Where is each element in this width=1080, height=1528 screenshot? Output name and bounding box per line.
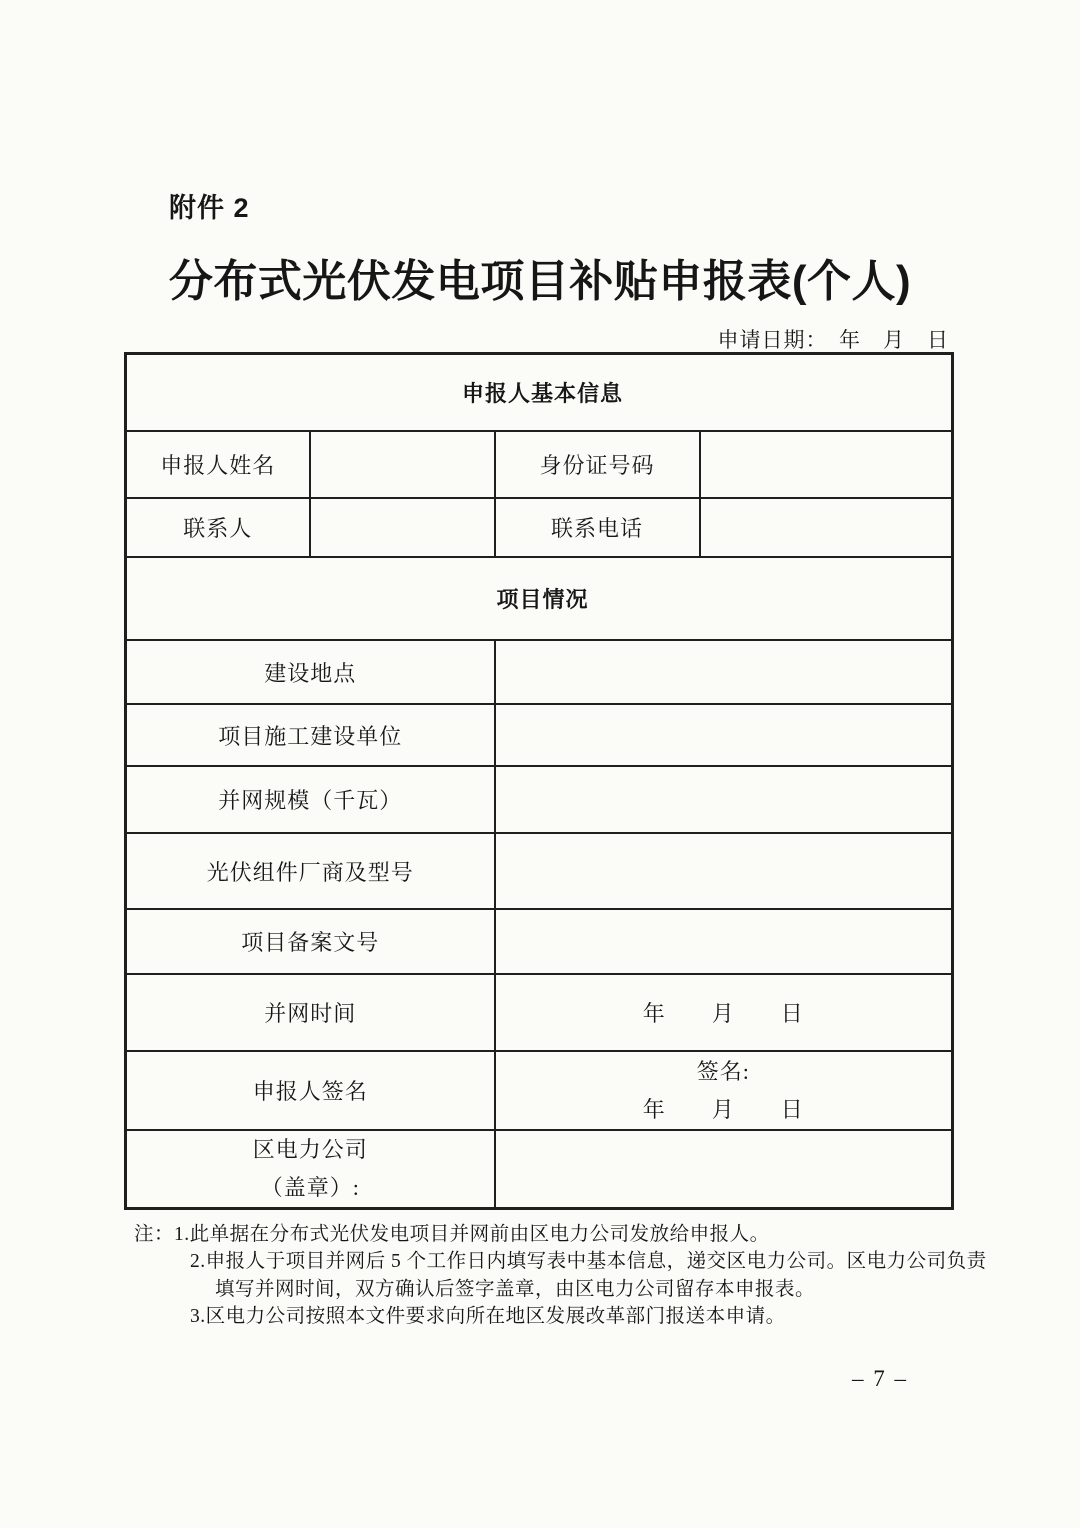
label-id-number: 身份证号码 <box>495 431 700 498</box>
application-date-line: 申请日期： 年 月 日 <box>718 324 950 354</box>
note-1-text: 1.此单据在分布式光伏发电项目并网前由区电力公司发放给申报人。 <box>174 1224 770 1245</box>
table-row: 并网时间 年 月 日 <box>126 974 953 1051</box>
section-header-applicant-info: 申报人基本信息 <box>126 354 953 432</box>
label-construction-unit: 项目施工建设单位 <box>126 704 495 766</box>
label-applicant-signature: 申报人签名 <box>126 1051 495 1130</box>
label-grid-connection-date: 并网时间 <box>126 974 495 1051</box>
field-contact-person <box>310 498 495 557</box>
table-row: 项目备案文号 <box>126 909 953 974</box>
company-label-line2: （盖章）: <box>127 1169 494 1207</box>
label-project-filing-number: 项目备案文号 <box>126 909 495 974</box>
field-construction-site <box>495 640 953 704</box>
table-row: 项目情况 <box>126 557 953 640</box>
note-item-1: 注：1.此单据在分布式光伏发电项目并网前由区电力公司发放给申报人。 <box>134 1221 974 1248</box>
table-row: 并网规模（千瓦） <box>126 766 953 833</box>
table-row: 项目施工建设单位 <box>126 704 953 766</box>
field-grid-capacity-kw <box>495 766 953 833</box>
application-form-table: 申报人基本信息 申报人姓名 身份证号码 联系人 联系电话 项目情况 建设地点 <box>124 352 954 1210</box>
label-district-power-company-seal: 区电力公司 （盖章）: <box>126 1130 495 1209</box>
attachment-label: 附件 2 <box>169 186 250 225</box>
page-title: 分布式光伏发电项目补贴申报表(个人) <box>0 245 1080 309</box>
document-page: 附件 2 分布式光伏发电项目补贴申报表(个人) 申请日期： 年 月 日 申报人基… <box>0 0 1080 1528</box>
table-row: 申报人基本信息 <box>126 354 953 432</box>
label-applicant-name: 申报人姓名 <box>126 431 310 498</box>
table-row: 联系人 联系电话 <box>126 498 953 557</box>
footnotes: 注：1.此单据在分布式光伏发电项目并网前由区电力公司发放给申报人。 2.申报人于… <box>134 1221 974 1331</box>
section-header-project-info: 项目情况 <box>126 557 953 640</box>
table-row: 申报人姓名 身份证号码 <box>126 431 953 498</box>
note-item-3: 3.区电力公司按照本文件要求向所在地区发展改革部门报送本申请。 <box>190 1303 997 1330</box>
notes-prefix: 注： <box>134 1224 174 1245</box>
table-row: 申报人签名 签名: 年 月 日 <box>126 1051 953 1130</box>
label-contact-phone: 联系电话 <box>495 498 700 557</box>
field-district-power-company-seal <box>495 1130 953 1209</box>
company-label-line1: 区电力公司 <box>127 1131 494 1169</box>
field-applicant-name <box>310 431 495 498</box>
field-grid-connection-date: 年 月 日 <box>495 974 953 1051</box>
field-applicant-signature: 签名: 年 月 日 <box>495 1051 953 1130</box>
table-row: 光伏组件厂商及型号 <box>126 833 953 909</box>
label-construction-site: 建设地点 <box>126 640 495 704</box>
signature-label: 签名: <box>496 1053 952 1091</box>
label-grid-capacity-kw: 并网规模（千瓦） <box>126 766 495 833</box>
field-project-filing-number <box>495 909 953 974</box>
field-id-number <box>700 431 953 498</box>
signature-date: 年 月 日 <box>496 1091 952 1129</box>
note-item-2: 2.申报人于项目并网后 5 个工作日内填写表中基本信息，递交区电力公司。区电力公… <box>190 1248 997 1303</box>
table-row: 建设地点 <box>126 640 953 704</box>
table-row: 区电力公司 （盖章）: <box>126 1130 953 1209</box>
field-pv-module-maker-model <box>495 833 953 909</box>
label-pv-module-maker-model: 光伏组件厂商及型号 <box>126 833 495 909</box>
field-contact-phone <box>700 498 953 557</box>
label-contact-person: 联系人 <box>126 498 310 557</box>
field-construction-unit <box>495 704 953 766</box>
page-number: – 7 – <box>820 1366 940 1392</box>
